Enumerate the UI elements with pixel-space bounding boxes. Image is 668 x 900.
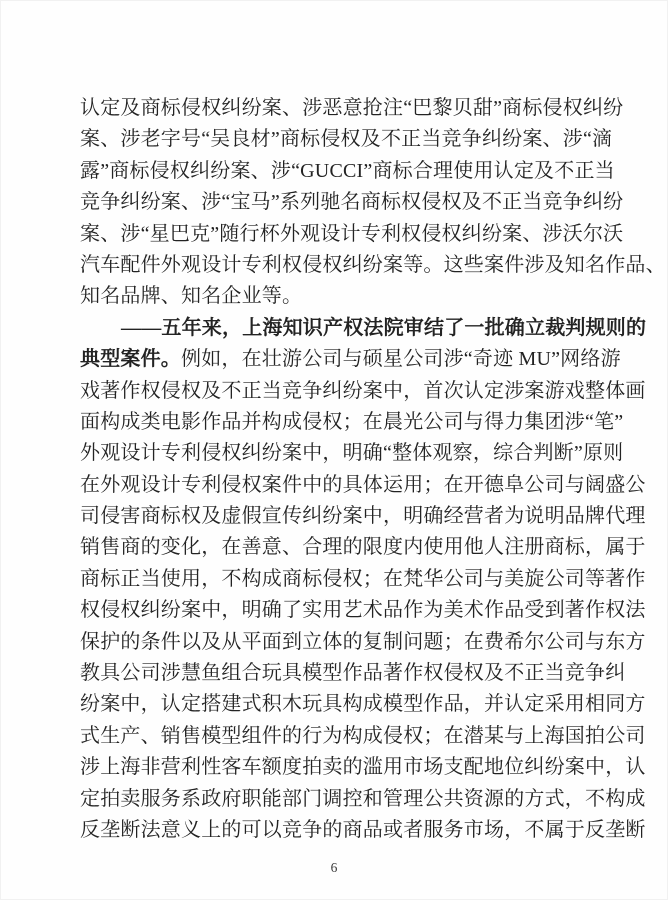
text-line: 反垄断法意义上的可以竞争的商品或者服务市场，不属于反垄断	[80, 815, 612, 846]
text-line: 汽车配件外观设计专利权侵权纠纷案等。这些案件涉及知名作品、	[80, 250, 612, 281]
page-number: 6	[0, 860, 668, 876]
text-line: 露”商标侵权纠纷案、涉“GUCCI”商标合理使用认定及不正当	[80, 156, 612, 187]
text-line: 戏著作权侵权及不正当竞争纠纷案中，首次认定涉案游戏整体画	[80, 376, 612, 407]
paragraph-2: ——五年来，上海知识产权法院审结了一批确立裁判规则的 典型案件。例如，在壮游公司…	[80, 313, 612, 847]
text-line: 权侵权纠纷案中，明确了实用艺术品作为美术作品受到著作权法	[80, 595, 612, 626]
text-line: 商标正当使用，不构成商标侵权；在梵华公司与美旋公司等著作	[80, 564, 612, 595]
bold-lead-line: ——五年来，上海知识产权法院审结了一批确立裁判规则的	[80, 313, 612, 344]
body-text: 认定及商标侵权纠纷案、涉恶意抢注“巴黎贝甜”商标侵权纠纷 案、涉老字号“吴良材”…	[80, 93, 612, 846]
text-line: 涉上海非营利性客车额度拍卖的滥用市场支配地位纠纷案中，认	[80, 752, 612, 783]
text-line: 认定及商标侵权纠纷案、涉恶意抢注“巴黎贝甜”商标侵权纠纷	[80, 93, 612, 124]
text-line: 面构成类电影作品并构成侵权；在晨光公司与得力集团涉“笔”	[80, 407, 612, 438]
text-line: 竞争纠纷案、涉“宝马”系列驰名商标权侵权及不正当竞争纠纷	[80, 187, 612, 218]
regular-text: 例如，在壮游公司与硕星公司涉“奇迹 MU”网络游	[181, 348, 621, 370]
text-line: 案、涉“星巴克”随行杯外观设计专利权侵权纠纷案、涉沃尔沃	[80, 219, 612, 250]
text-line: 教具公司涉慧鱼组合玩具模型作品著作权侵权及不正当竞争纠	[80, 658, 612, 689]
text-line: 式生产、销售模型组件的行为构成侵权；在潜某与上海国拍公司	[80, 721, 612, 752]
document-page: 认定及商标侵权纠纷案、涉恶意抢注“巴黎贝甜”商标侵权纠纷 案、涉老字号“吴良材”…	[0, 0, 668, 900]
text-line: 定拍卖服务系政府职能部门调控和管理公共资源的方式，不构成	[80, 784, 612, 815]
text-line: 保护的条件以及从平面到立体的复制问题；在费希尔公司与东方	[80, 627, 612, 658]
bold-lead-continued: 典型案件。	[80, 348, 181, 370]
text-line: 销售商的变化，在善意、合理的限度内使用他人注册商标，属于	[80, 532, 612, 563]
text-line: 纷案中，认定搭建式积木玩具构成模型作品，并认定采用相同方	[80, 689, 612, 720]
text-line: 在外观设计专利侵权案件中的具体运用；在开德阜公司与阔盛公	[80, 470, 612, 501]
text-line: 典型案件。例如，在壮游公司与硕星公司涉“奇迹 MU”网络游	[80, 344, 612, 375]
paragraph-1: 认定及商标侵权纠纷案、涉恶意抢注“巴黎贝甜”商标侵权纠纷 案、涉老字号“吴良材”…	[80, 93, 612, 313]
text-line: 外观设计专利侵权纠纷案中，明确“整体观察，综合判断”原则	[80, 438, 612, 469]
text-line: 司侵害商标权及虚假宣传纠纷案中，明确经营者为说明品牌代理	[80, 501, 612, 532]
text-line: 案、涉老字号“吴良材”商标侵权及不正当竞争纠纷案、涉“滴	[80, 124, 612, 155]
text-line: 知名品牌、知名企业等。	[80, 281, 612, 312]
